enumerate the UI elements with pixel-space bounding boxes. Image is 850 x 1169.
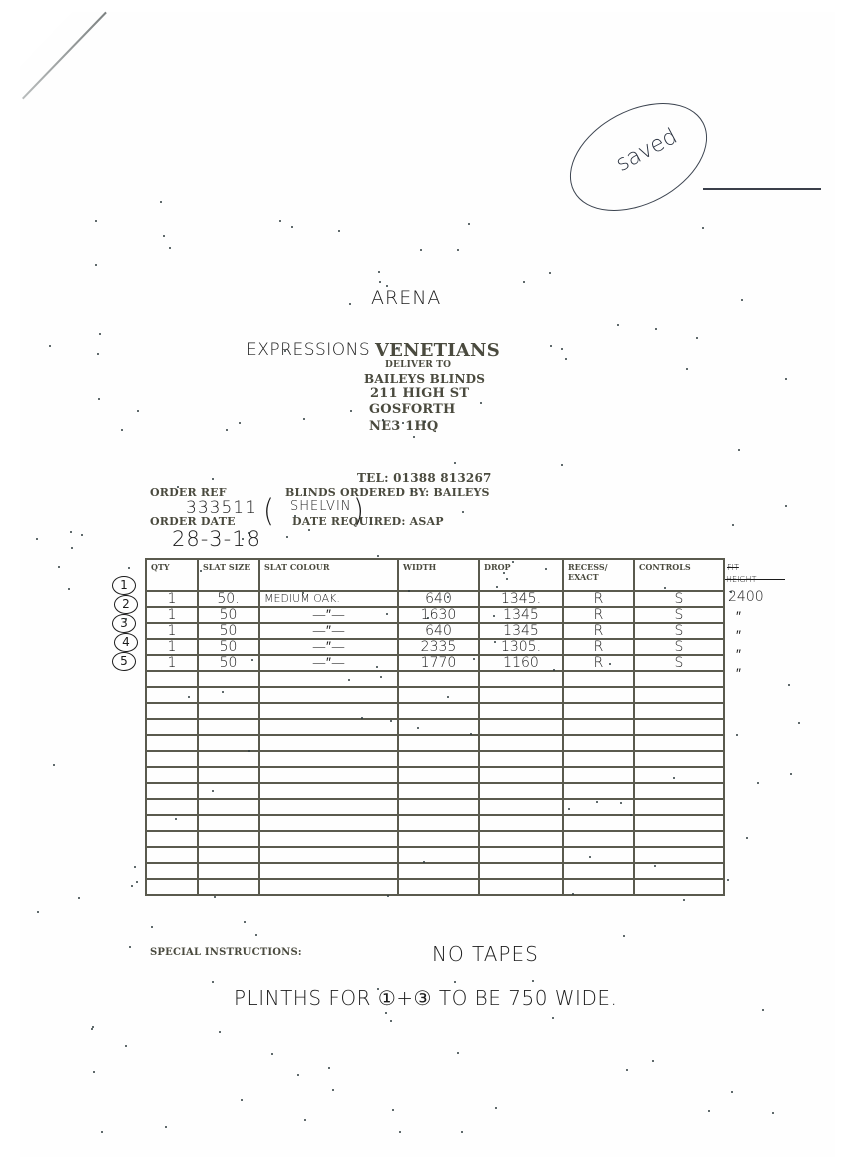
cell-controls: S: [634, 655, 724, 671]
scan-speck: [493, 615, 495, 617]
scan-speck: [286, 536, 288, 538]
scan-speck: [241, 1099, 243, 1101]
special-instruction-1: NO TAPES: [432, 942, 539, 966]
cell-recess-exact: R: [563, 655, 634, 671]
cell-empty: [479, 863, 563, 879]
scan-speck: [496, 586, 498, 588]
cell-slat-colour: —″—: [259, 639, 398, 655]
cell-empty: [563, 767, 634, 783]
cell-empty: [146, 815, 198, 831]
cell-width: 2335: [398, 639, 479, 655]
col-header-slat-colour: SLAT COLOUR: [259, 559, 398, 591]
ordered-by-label: BLINDS ORDERED BY: BAILEYS: [285, 486, 490, 499]
cell-empty: [563, 687, 634, 703]
cell-empty: [398, 783, 479, 799]
cell-empty: [146, 767, 198, 783]
cell-empty: [259, 735, 398, 751]
scan-speck: [98, 398, 100, 400]
cell-empty: [563, 831, 634, 847]
scan-speck: [424, 421, 426, 423]
scan-speck: [36, 538, 38, 540]
cell-width: 1630: [398, 607, 479, 623]
cell-empty: [563, 783, 634, 799]
address-line-2: 211 HIGH ST: [370, 386, 469, 401]
cell-width: 1770: [398, 655, 479, 671]
supplier-name: ARENA: [371, 287, 441, 309]
cell-empty: [146, 703, 198, 719]
brand-printed: VENETIANS: [375, 340, 500, 361]
cell-empty: [479, 815, 563, 831]
cell-qty: 1: [146, 639, 198, 655]
table-row-blank: [146, 863, 724, 879]
cell-empty: [634, 815, 724, 831]
scan-speck: [101, 1131, 103, 1133]
special-instructions-label: SPECIAL INSTRUCTIONS:: [150, 947, 302, 958]
table-row-blank: [146, 735, 724, 751]
table-row-blank: [146, 831, 724, 847]
scan-speck: [730, 591, 732, 593]
scan-speck: [785, 378, 787, 380]
cell-empty: [198, 815, 259, 831]
table-row: 150—″—17701160RS: [146, 655, 724, 671]
cell-empty: [198, 687, 259, 703]
address-line-3: GOSFORTH: [369, 402, 456, 417]
cell-recess-exact: R: [563, 623, 634, 639]
cell-empty: [198, 703, 259, 719]
table-row-blank: [146, 815, 724, 831]
cell-empty: [563, 735, 634, 751]
table-row: 150—″—6401345RS: [146, 623, 724, 639]
cell-empty: [198, 783, 259, 799]
cell-empty: [259, 879, 398, 895]
cell-empty: [479, 671, 563, 687]
scan-speck: [468, 223, 470, 225]
scan-speck: [413, 436, 415, 438]
scan-speck: [727, 879, 729, 881]
scan-speck: [284, 350, 286, 352]
table-row-blank: [146, 799, 724, 815]
folded-corner: [0, 0, 84, 88]
col-header-width: WIDTH: [398, 559, 479, 591]
scan-speck: [349, 303, 351, 305]
cell-slat-colour: —″—: [259, 655, 398, 671]
cell-empty: [398, 735, 479, 751]
table-row-blank: [146, 879, 724, 895]
row-number-circle: 2: [114, 595, 138, 614]
cell-controls: S: [634, 607, 724, 623]
cell-empty: [398, 703, 479, 719]
col-header-qty: QTY: [146, 559, 198, 591]
scan-speck: [379, 281, 381, 283]
cell-empty: [634, 767, 724, 783]
col-header-recess-exact: RECESS/ EXACT: [563, 559, 634, 591]
cell-empty: [146, 735, 198, 751]
cell-empty: [146, 847, 198, 863]
table-row: 150.MEDIUM OAK.6401345.RS: [146, 591, 724, 607]
scan-speck: [226, 429, 228, 431]
table-row: 150—″—23351305.RS: [146, 639, 724, 655]
cell-empty: [634, 703, 724, 719]
table-row-blank: [146, 671, 724, 687]
cell-empty: [198, 719, 259, 735]
cell-empty: [198, 831, 259, 847]
scan-speck: [214, 896, 216, 898]
cell-empty: [146, 863, 198, 879]
cell-qty: 1: [146, 655, 198, 671]
scan-speck: [568, 808, 570, 810]
scan-speck: [790, 773, 792, 775]
cell-empty: [563, 671, 634, 687]
cell-controls: S: [634, 639, 724, 655]
table-row-blank: [146, 767, 724, 783]
cell-slat-colour: MEDIUM OAK.: [259, 591, 398, 607]
cell-empty: [398, 687, 479, 703]
cell-empty: [398, 831, 479, 847]
scan-speck: [457, 1052, 459, 1054]
scan-speck: [136, 881, 138, 883]
cell-empty: [198, 879, 259, 895]
cell-empty: [198, 863, 259, 879]
cell-qty: 1: [146, 607, 198, 623]
cell-drop: 1160: [479, 655, 563, 671]
scan-speck: [696, 337, 698, 339]
cell-empty: [634, 687, 724, 703]
scan-speck: [78, 897, 80, 899]
cell-empty: [146, 687, 198, 703]
cell-empty: [634, 783, 724, 799]
cell-qty: 1: [146, 591, 198, 607]
scan-speck: [572, 893, 574, 895]
cell-slat-size: 50.: [198, 591, 259, 607]
cell-empty: [146, 719, 198, 735]
order-date-value: 28-3-18: [172, 527, 261, 551]
cell-empty: [398, 671, 479, 687]
scan-speck: [399, 1131, 401, 1133]
cell-empty: [563, 863, 634, 879]
cell-controls: S: [634, 591, 724, 607]
scan-speck: [251, 659, 253, 661]
table-row-blank: [146, 847, 724, 863]
table-row-blank: [146, 703, 724, 719]
table-row-blank: [146, 719, 724, 735]
scan-speck: [683, 899, 685, 901]
scan-speck: [222, 691, 224, 693]
cell-slat-size: 50: [198, 607, 259, 623]
scan-speck: [495, 1107, 497, 1109]
cell-drop: 1345: [479, 623, 563, 639]
scan-speck: [462, 511, 464, 513]
cell-empty: [563, 703, 634, 719]
cell-drop: 1305.: [479, 639, 563, 655]
cell-empty: [398, 815, 479, 831]
scan-speck: [686, 368, 688, 370]
scan-speck: [377, 988, 379, 990]
cell-controls: S: [634, 623, 724, 639]
scan-speck: [532, 980, 534, 982]
signature-line: [703, 188, 821, 190]
cell-empty: [634, 671, 724, 687]
scan-speck: [248, 532, 250, 534]
cell-empty: [479, 703, 563, 719]
cell-empty: [563, 815, 634, 831]
scan-speck: [738, 449, 740, 451]
cell-empty: [634, 863, 724, 879]
cell-empty: [259, 831, 398, 847]
scan-speck: [408, 590, 410, 592]
scan-speck: [617, 324, 619, 326]
cell-empty: [146, 831, 198, 847]
table-row: 150—″—16301345RS: [146, 607, 724, 623]
cell-width: 640: [398, 623, 479, 639]
scan-speck: [95, 220, 97, 222]
scan-speck: [382, 419, 384, 421]
scan-speck: [304, 1119, 306, 1121]
paren-open: (: [263, 492, 274, 528]
cell-empty: [198, 671, 259, 687]
scan-speck: [244, 921, 246, 923]
cell-empty: [259, 815, 398, 831]
scan-speck: [160, 201, 162, 203]
row-number-circle: 4: [114, 633, 138, 652]
scan-speck: [473, 658, 475, 660]
scan-speck: [732, 524, 734, 526]
cell-empty: [479, 879, 563, 895]
ordered-by-name: SHELVIN: [290, 499, 352, 514]
cell-empty: [634, 735, 724, 751]
fit-height-value: ″: [736, 608, 741, 625]
scan-speck: [630, 814, 632, 816]
cell-empty: [398, 847, 479, 863]
cell-empty: [634, 847, 724, 863]
scan-speck: [461, 1131, 463, 1133]
scan-speck: [470, 733, 472, 735]
scan-speck: [128, 567, 130, 569]
cell-recess-exact: R: [563, 591, 634, 607]
scan-speck: [303, 418, 305, 420]
cell-empty: [563, 751, 634, 767]
cell-empty: [259, 703, 398, 719]
telephone: TEL: 01388 813267: [357, 471, 492, 485]
cell-empty: [479, 831, 563, 847]
table-header-row: QTY SLAT SIZE SLAT COLOUR WIDTH DROP REC…: [146, 559, 724, 591]
scan-speck: [291, 226, 293, 228]
scan-speck: [387, 895, 389, 897]
cell-width: 640: [398, 591, 479, 607]
cell-empty: [563, 719, 634, 735]
cell-empty: [563, 799, 634, 815]
cell-empty: [398, 799, 479, 815]
scan-speck: [772, 1112, 774, 1114]
scan-speck: [609, 663, 611, 665]
cell-empty: [634, 799, 724, 815]
scan-speck: [386, 285, 388, 287]
cell-empty: [398, 719, 479, 735]
cell-empty: [259, 847, 398, 863]
scan-speck: [308, 529, 310, 531]
row-number-circle: 1: [112, 576, 136, 595]
cell-qty: 1: [146, 623, 198, 639]
cell-empty: [634, 751, 724, 767]
scan-speck: [402, 422, 404, 424]
cell-empty: [398, 879, 479, 895]
scan-speck: [131, 885, 133, 887]
scan-speck: [652, 1060, 654, 1062]
scan-speck: [129, 946, 131, 948]
scan-speck: [378, 271, 380, 273]
cell-empty: [634, 879, 724, 895]
cell-empty: [259, 799, 398, 815]
cell-empty: [198, 847, 259, 863]
cell-empty: [198, 751, 259, 767]
cell-recess-exact: R: [563, 639, 634, 655]
table-row-blank: [146, 687, 724, 703]
cell-slat-colour: —″—: [259, 623, 398, 639]
cell-empty: [146, 671, 198, 687]
brand-handwritten: EXPRESSIONS: [246, 340, 370, 360]
scan-speck: [99, 333, 101, 335]
cell-empty: [398, 767, 479, 783]
special-instruction-2: PLINTHS FOR ①+③ TO BE 750 WIDE.: [234, 986, 617, 1010]
cell-empty: [398, 863, 479, 879]
cell-recess-exact: R: [563, 607, 634, 623]
cell-empty: [479, 783, 563, 799]
cell-empty: [146, 879, 198, 895]
fit-label: FIT: [727, 563, 739, 572]
date-required-label: DATE REQUIRED: ASAP: [292, 515, 444, 528]
scan-speck: [788, 684, 790, 686]
cell-empty: [146, 799, 198, 815]
fit-height-value: ″: [736, 646, 741, 663]
fit-height-value: 2400: [728, 589, 764, 605]
scan-speck: [553, 669, 555, 671]
scan-speck: [37, 911, 39, 913]
cell-drop: 1345: [479, 607, 563, 623]
fit-height-value: ″: [736, 665, 741, 682]
cell-empty: [198, 735, 259, 751]
cell-empty: [479, 799, 563, 815]
table-row-blank: [146, 783, 724, 799]
scan-speck: [350, 410, 352, 412]
cell-empty: [259, 767, 398, 783]
cell-empty: [479, 751, 563, 767]
cell-empty: [198, 767, 259, 783]
scan-speck: [302, 592, 304, 594]
scan-speck: [212, 981, 214, 983]
cell-empty: [479, 847, 563, 863]
row-number-circle: 3: [112, 614, 136, 633]
scan-speck: [58, 566, 60, 568]
scan-speck: [242, 538, 244, 540]
scan-speck: [741, 299, 743, 301]
cell-empty: [259, 863, 398, 879]
scan-speck: [423, 861, 425, 863]
fit-height-underline: [725, 579, 785, 580]
scan-speck: [561, 464, 563, 466]
scan-speck: [762, 1009, 764, 1011]
row-number-circle: 5: [112, 652, 136, 671]
scan-speck: [200, 570, 202, 572]
cell-empty: [146, 751, 198, 767]
cell-empty: [479, 687, 563, 703]
cell-empty: [634, 831, 724, 847]
scan-speck: [731, 1091, 733, 1093]
cell-empty: [259, 687, 398, 703]
cell-slat-size: 50: [198, 623, 259, 639]
table-row-blank: [146, 751, 724, 767]
address-line-1: BAILEYS BLINDS: [364, 372, 485, 386]
cell-empty: [259, 783, 398, 799]
cell-slat-size: 50: [198, 655, 259, 671]
scan-speck: [71, 547, 73, 549]
col-header-slat-size: SLAT SIZE: [198, 559, 259, 591]
scan-speck: [626, 1069, 628, 1071]
cell-empty: [563, 847, 634, 863]
cell-empty: [259, 751, 398, 767]
scan-speck: [447, 696, 449, 698]
cell-slat-colour: —″—: [259, 607, 398, 623]
cell-empty: [479, 767, 563, 783]
cell-drop: 1345.: [479, 591, 563, 607]
col-header-controls: CONTROLS: [634, 559, 724, 591]
cell-empty: [198, 799, 259, 815]
cell-empty: [146, 783, 198, 799]
scan-speck: [93, 1071, 95, 1073]
scan-speck: [68, 588, 70, 590]
deliver-to-label: DELIVER TO: [385, 360, 451, 370]
scan-speck: [396, 347, 398, 349]
scan-speck: [386, 613, 388, 615]
cell-empty: [259, 719, 398, 735]
scan-speck: [219, 1031, 221, 1033]
col-header-drop: DROP: [479, 559, 563, 591]
cell-slat-size: 50: [198, 639, 259, 655]
fit-height-value: ″: [736, 627, 741, 644]
address-line-4: NE3 1HQ: [369, 419, 438, 434]
cell-empty: [259, 671, 398, 687]
cell-empty: [398, 751, 479, 767]
cell-empty: [479, 735, 563, 751]
scan-speck: [377, 555, 379, 557]
order-table: QTY SLAT SIZE SLAT COLOUR WIDTH DROP REC…: [145, 558, 725, 896]
cell-empty: [479, 719, 563, 735]
scan-speck: [589, 856, 591, 858]
cell-empty: [634, 719, 724, 735]
